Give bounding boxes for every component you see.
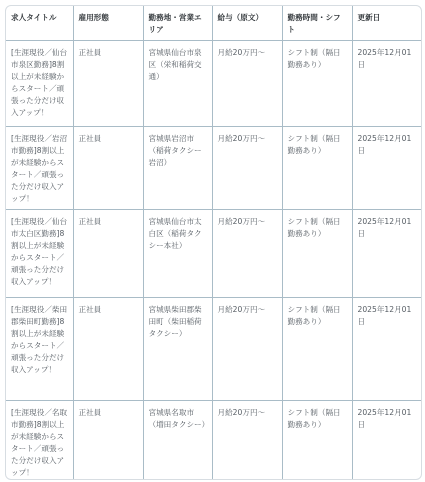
- cell-employment-type: 正社員: [73, 401, 143, 481]
- table-row: [生涯現役／名取市勤務]8割以上が未経験からスタート／頑張った分だけ収入アップ！…: [6, 401, 421, 481]
- cell-job-title: [生涯現役／名取市勤務]8割以上が未経験からスタート／頑張った分だけ収入アップ！: [6, 401, 73, 481]
- header-shift: 勤務時間・シフト: [282, 6, 352, 41]
- cell-shift: シフト制（隔日勤務あり）: [282, 210, 352, 298]
- cell-salary: 月給20万円〜: [212, 127, 282, 210]
- cell-salary: 月給20万円〜: [212, 401, 282, 481]
- table-row: [生涯現役／柴田郡柴田町勤務]8割以上が未経験からスタート／頑張った分だけ収入ア…: [6, 298, 421, 401]
- job-listings-table-container: 求人タイトル 雇用形態 勤務地・営業エリア 給与（原文） 勤務時間・シフト 更新…: [5, 5, 422, 480]
- cell-location: 宮城県名取市（増田タクシー）: [143, 401, 212, 481]
- table-row: [生涯現役／仙台市太白区勤務]8割以上が未経験からスタート／頑張った分だけ収入ア…: [6, 210, 421, 298]
- cell-shift: シフト制（隔日勤務あり）: [282, 127, 352, 210]
- cell-job-title: [生涯現役／岩沼市勤務]8割以上が未経験からスタート／頑張った分だけ収入アップ！: [6, 127, 73, 210]
- cell-updated: 2025年12月01日: [352, 401, 421, 481]
- cell-salary: 月給20万円〜: [212, 41, 282, 127]
- cell-shift: シフト制（隔日勤務あり）: [282, 41, 352, 127]
- cell-job-title: [生涯現役／仙台市太白区勤務]8割以上が未経験からスタート／頑張った分だけ収入ア…: [6, 210, 73, 298]
- cell-updated: 2025年12月01日: [352, 41, 421, 127]
- cell-location: 宮城県柴田郡柴田町（柴田稲荷タクシー）: [143, 298, 212, 401]
- header-location: 勤務地・営業エリア: [143, 6, 212, 41]
- header-job-title: 求人タイトル: [6, 6, 73, 41]
- cell-location: 宮城県仙台市太白区（稲荷タクシー本社）: [143, 210, 212, 298]
- table-header-row: 求人タイトル 雇用形態 勤務地・営業エリア 給与（原文） 勤務時間・シフト 更新…: [6, 6, 421, 41]
- cell-updated: 2025年12月01日: [352, 127, 421, 210]
- cell-location: 宮城県岩沼市（稲荷タクシー岩沼）: [143, 127, 212, 210]
- cell-salary: 月給20万円〜: [212, 298, 282, 401]
- header-updated: 更新日: [352, 6, 421, 41]
- header-salary: 給与（原文）: [212, 6, 282, 41]
- cell-updated: 2025年12月01日: [352, 210, 421, 298]
- cell-employment-type: 正社員: [73, 298, 143, 401]
- header-employment-type: 雇用形態: [73, 6, 143, 41]
- cell-location: 宮城県仙台市泉区（栄和稲荷交通）: [143, 41, 212, 127]
- cell-shift: シフト制（隔日勤務あり）: [282, 298, 352, 401]
- cell-updated: 2025年12月01日: [352, 298, 421, 401]
- cell-job-title: [生涯現役／柴田郡柴田町勤務]8割以上が未経験からスタート／頑張った分だけ収入ア…: [6, 298, 73, 401]
- cell-employment-type: 正社員: [73, 127, 143, 210]
- cell-employment-type: 正社員: [73, 210, 143, 298]
- cell-job-title: [生涯現役／仙台市泉区勤務]8割以上が未経験からスタート／頑張った分だけ収入アッ…: [6, 41, 73, 127]
- cell-employment-type: 正社員: [73, 41, 143, 127]
- table-row: [生涯現役／仙台市泉区勤務]8割以上が未経験からスタート／頑張った分だけ収入アッ…: [6, 41, 421, 127]
- table-row: [生涯現役／岩沼市勤務]8割以上が未経験からスタート／頑張った分だけ収入アップ！…: [6, 127, 421, 210]
- cell-shift: シフト制（隔日勤務あり）: [282, 401, 352, 481]
- cell-salary: 月給20万円〜: [212, 210, 282, 298]
- job-listings-table: 求人タイトル 雇用形態 勤務地・営業エリア 給与（原文） 勤務時間・シフト 更新…: [6, 6, 421, 480]
